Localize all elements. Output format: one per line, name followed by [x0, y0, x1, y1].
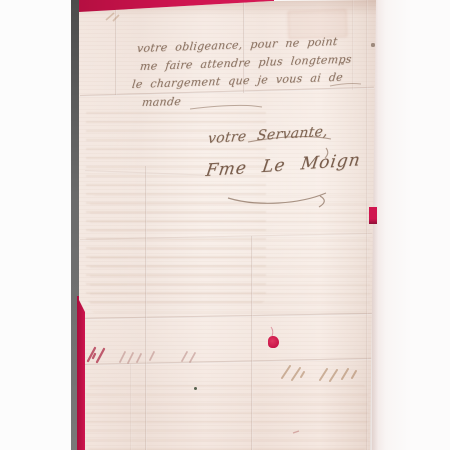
faint-red-speck — [293, 431, 299, 433]
red-ink-marks — [88, 348, 104, 362]
crimson-mat-tab — [369, 207, 377, 224]
dark-speck — [194, 387, 197, 390]
wax-seal-dot — [268, 336, 279, 348]
pen-flourish — [330, 84, 361, 86]
pen-flourish — [190, 106, 262, 109]
edge-speck — [341, 62, 344, 65]
crimson-mat-left — [77, 296, 85, 450]
background-right — [372, 0, 450, 450]
wax-dot-stem — [271, 327, 273, 336]
faint-brown-mark — [106, 13, 119, 21]
signature-flourish — [228, 193, 326, 207]
pen-flourish — [248, 137, 331, 158]
red-ink-marks-faint — [120, 352, 195, 363]
letter-photograph: votre obligeance, pour ne point me faire… — [0, 0, 450, 450]
edge-speck — [371, 43, 375, 47]
brown-ink-marks — [282, 366, 356, 381]
